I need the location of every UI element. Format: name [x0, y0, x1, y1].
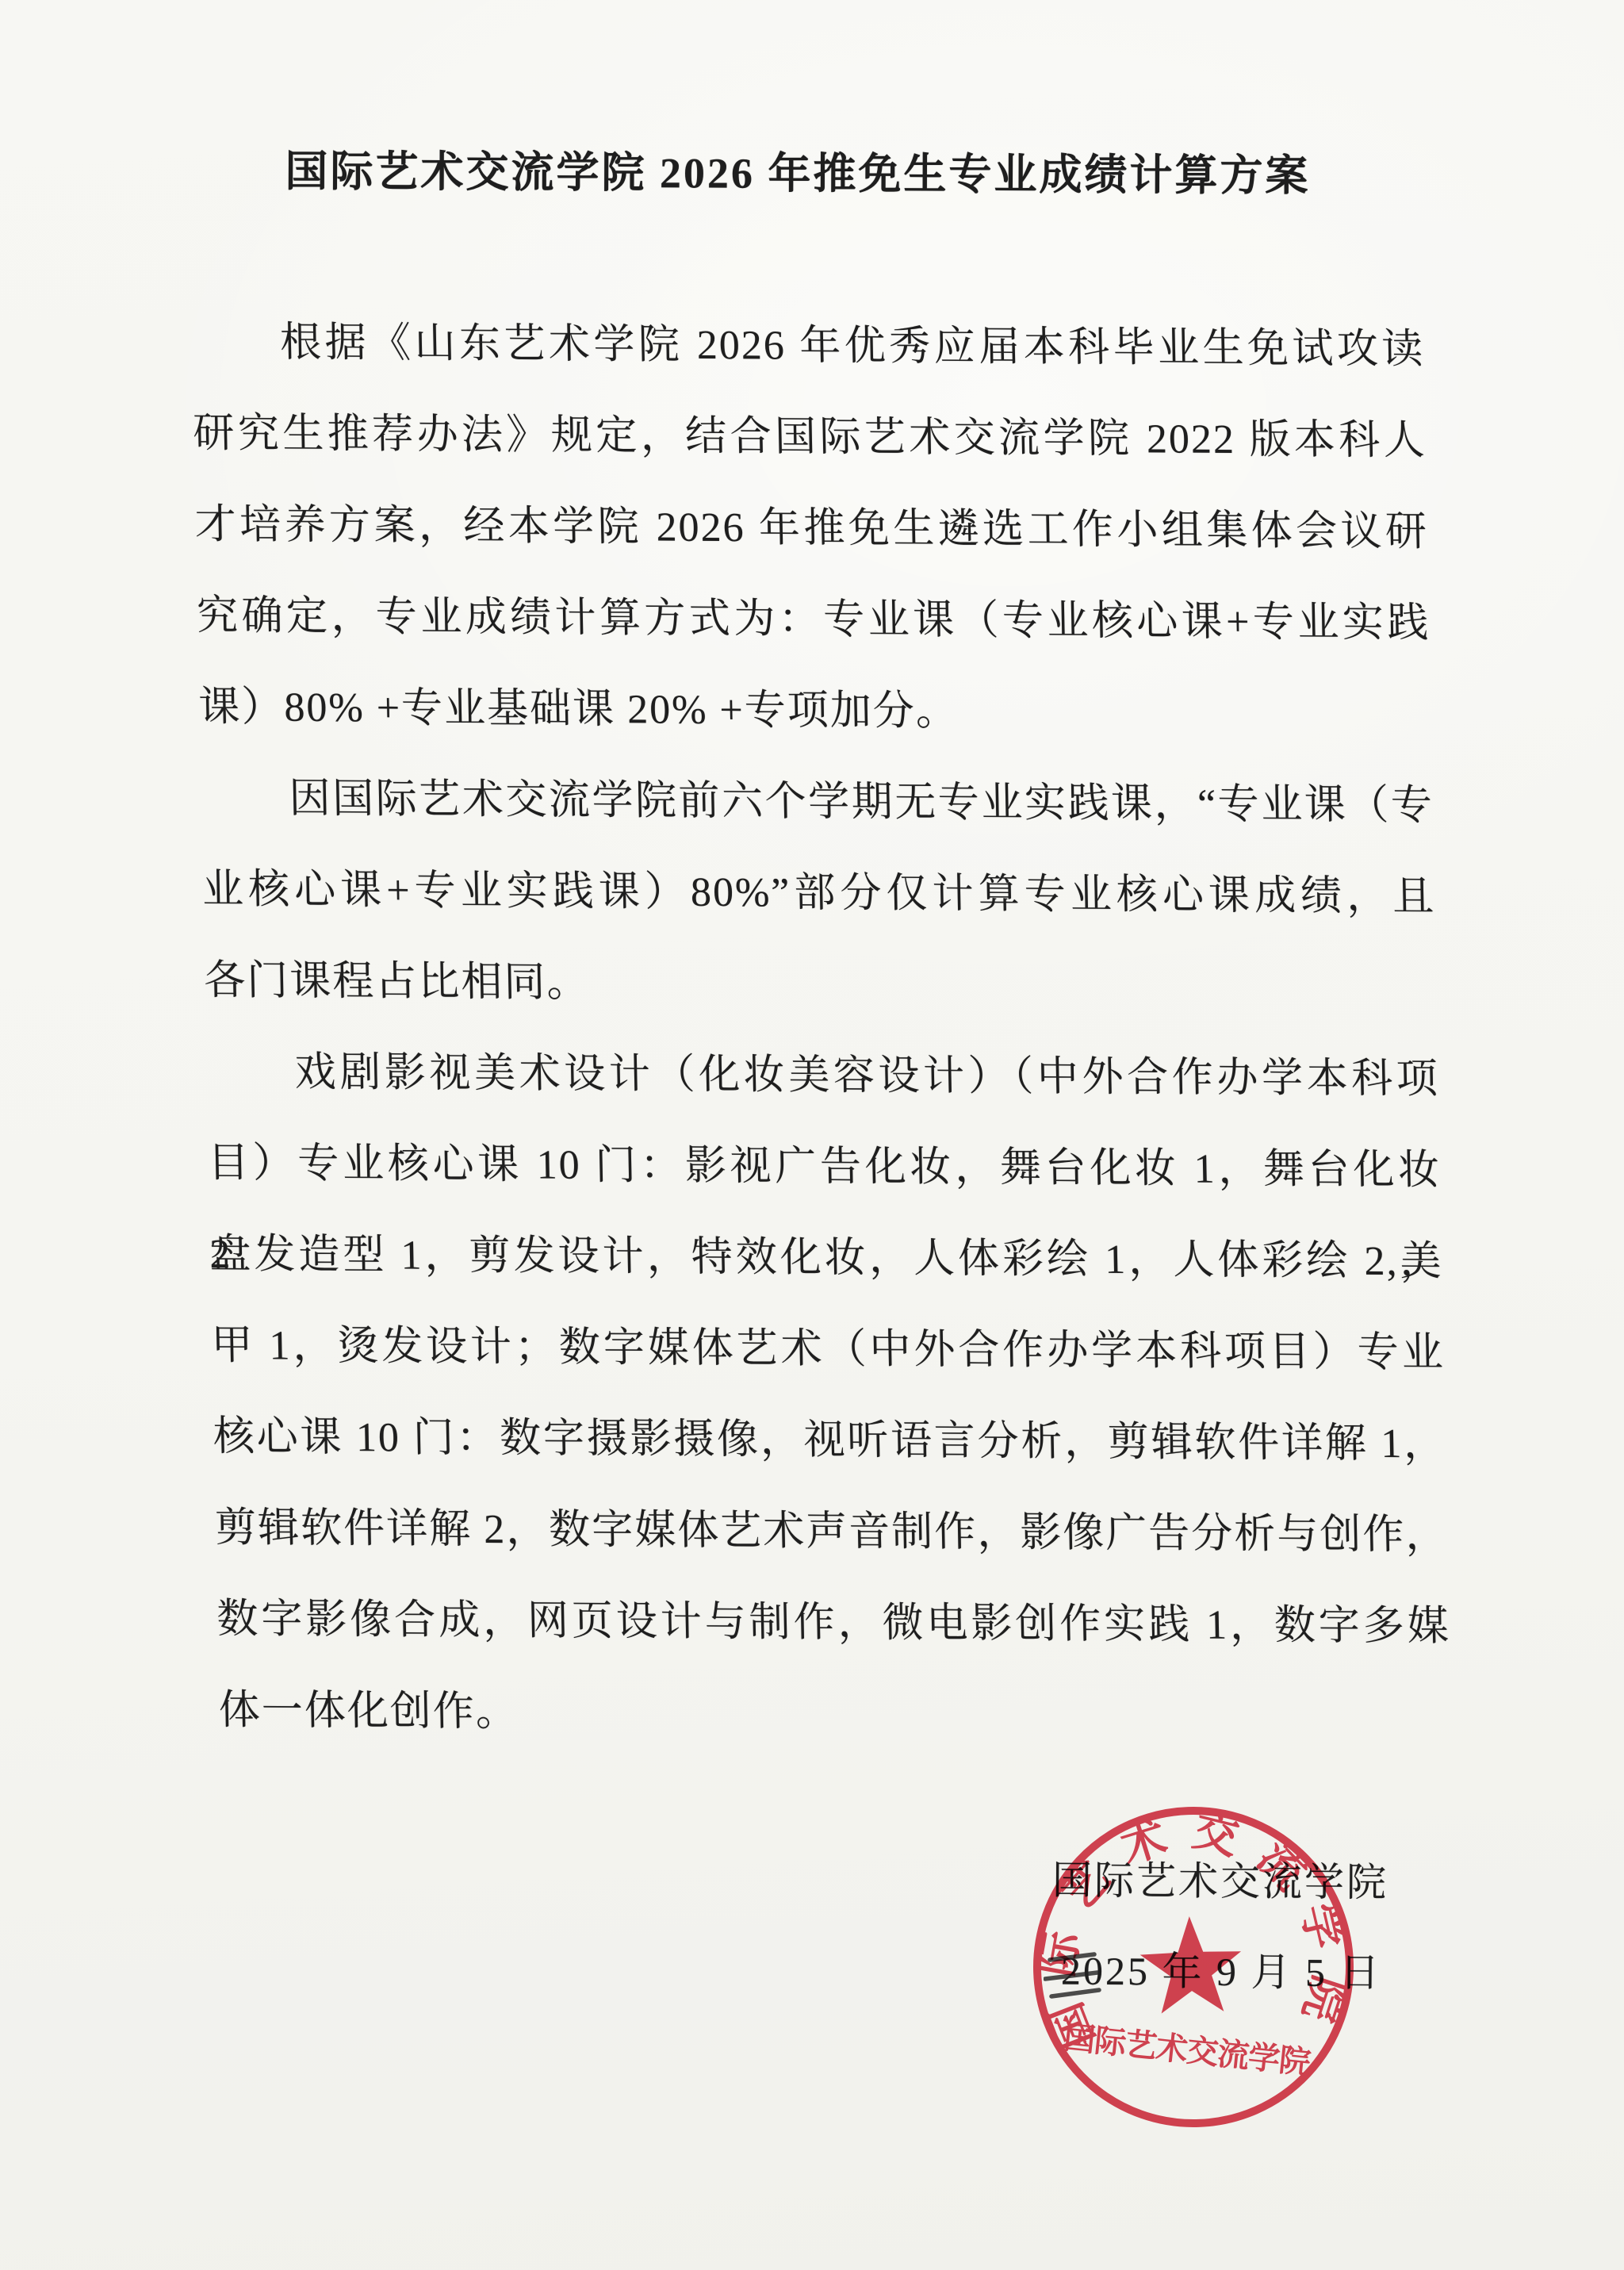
document-line: 根据《山东艺术学院 2026 年优秀应届本科毕业生免试攻读: [190, 297, 1426, 395]
document-line: 甲 1，烫发设计；数字媒体艺术（中外合作办学本科项目）专业: [210, 1300, 1446, 1398]
stamp-bottom-name: 国际艺术交流学院: [1062, 2019, 1312, 2080]
document-title: 国际艺术交流学院 2026 年推免生专业成绩计算方案: [0, 136, 1610, 205]
document-line: 业核心课+专业实践课）80%”部分仅计算专业核心课成绩，且: [201, 844, 1437, 942]
document-line: 因国际艺术交流学院前六个学期无专业实践课，“专业课（专: [200, 753, 1435, 851]
document-line: 体一体化创作。: [218, 1665, 1454, 1763]
scanned-document-page: 国际艺术交流学院 2026 年推免生专业成绩计算方案 根据《山东艺术学院 202…: [0, 0, 1624, 2270]
document-line: 究确定，专业成绩计算方式为：专业课（专业核心课+专业实践: [196, 570, 1431, 669]
official-seal-stamp: 国际艺术交流学院 国际艺术交流学院: [997, 1770, 1390, 2164]
document-line: 盘发造型 1，剪发设计，特效化妆，人体彩绘 1，人体彩绘 2,美: [209, 1209, 1444, 1307]
document-line: 研究生推荐办法》规定，结合国际艺术交流学院 2022 版本科人: [192, 388, 1427, 486]
document-line: 才培养方案，经本学院 2026 年推免生遴选工作小组集体会议研: [194, 479, 1430, 577]
document-line: 剪辑软件详解 2，数字媒体艺术声音制作，影像广告分析与创作，: [214, 1482, 1450, 1581]
document-line: 目）专业核心课 10 门：影视广告化妆，舞台化妆 1，舞台化妆 2，: [207, 1118, 1442, 1216]
document-line: 课）80% +专业基础课 20% +专项加分。: [197, 661, 1433, 760]
document-line: 戏剧影视美术设计（化妆美容设计）（中外合作办学本科项: [205, 1026, 1440, 1125]
document-line: 核心课 10 门：数字摄影摄像，视听语言分析，剪辑软件详解 1，: [213, 1391, 1448, 1490]
document-line: 各门课程占比相同。: [203, 935, 1438, 1033]
document-line: 数字影像合成，网页设计与制作，微电影创作实践 1，数字多媒: [216, 1574, 1451, 1672]
star-icon: [1139, 1915, 1243, 2015]
document-body: 根据《山东艺术学院 2026 年优秀应届本科毕业生免试攻读研究生推荐办法》规定，…: [190, 297, 1453, 1763]
